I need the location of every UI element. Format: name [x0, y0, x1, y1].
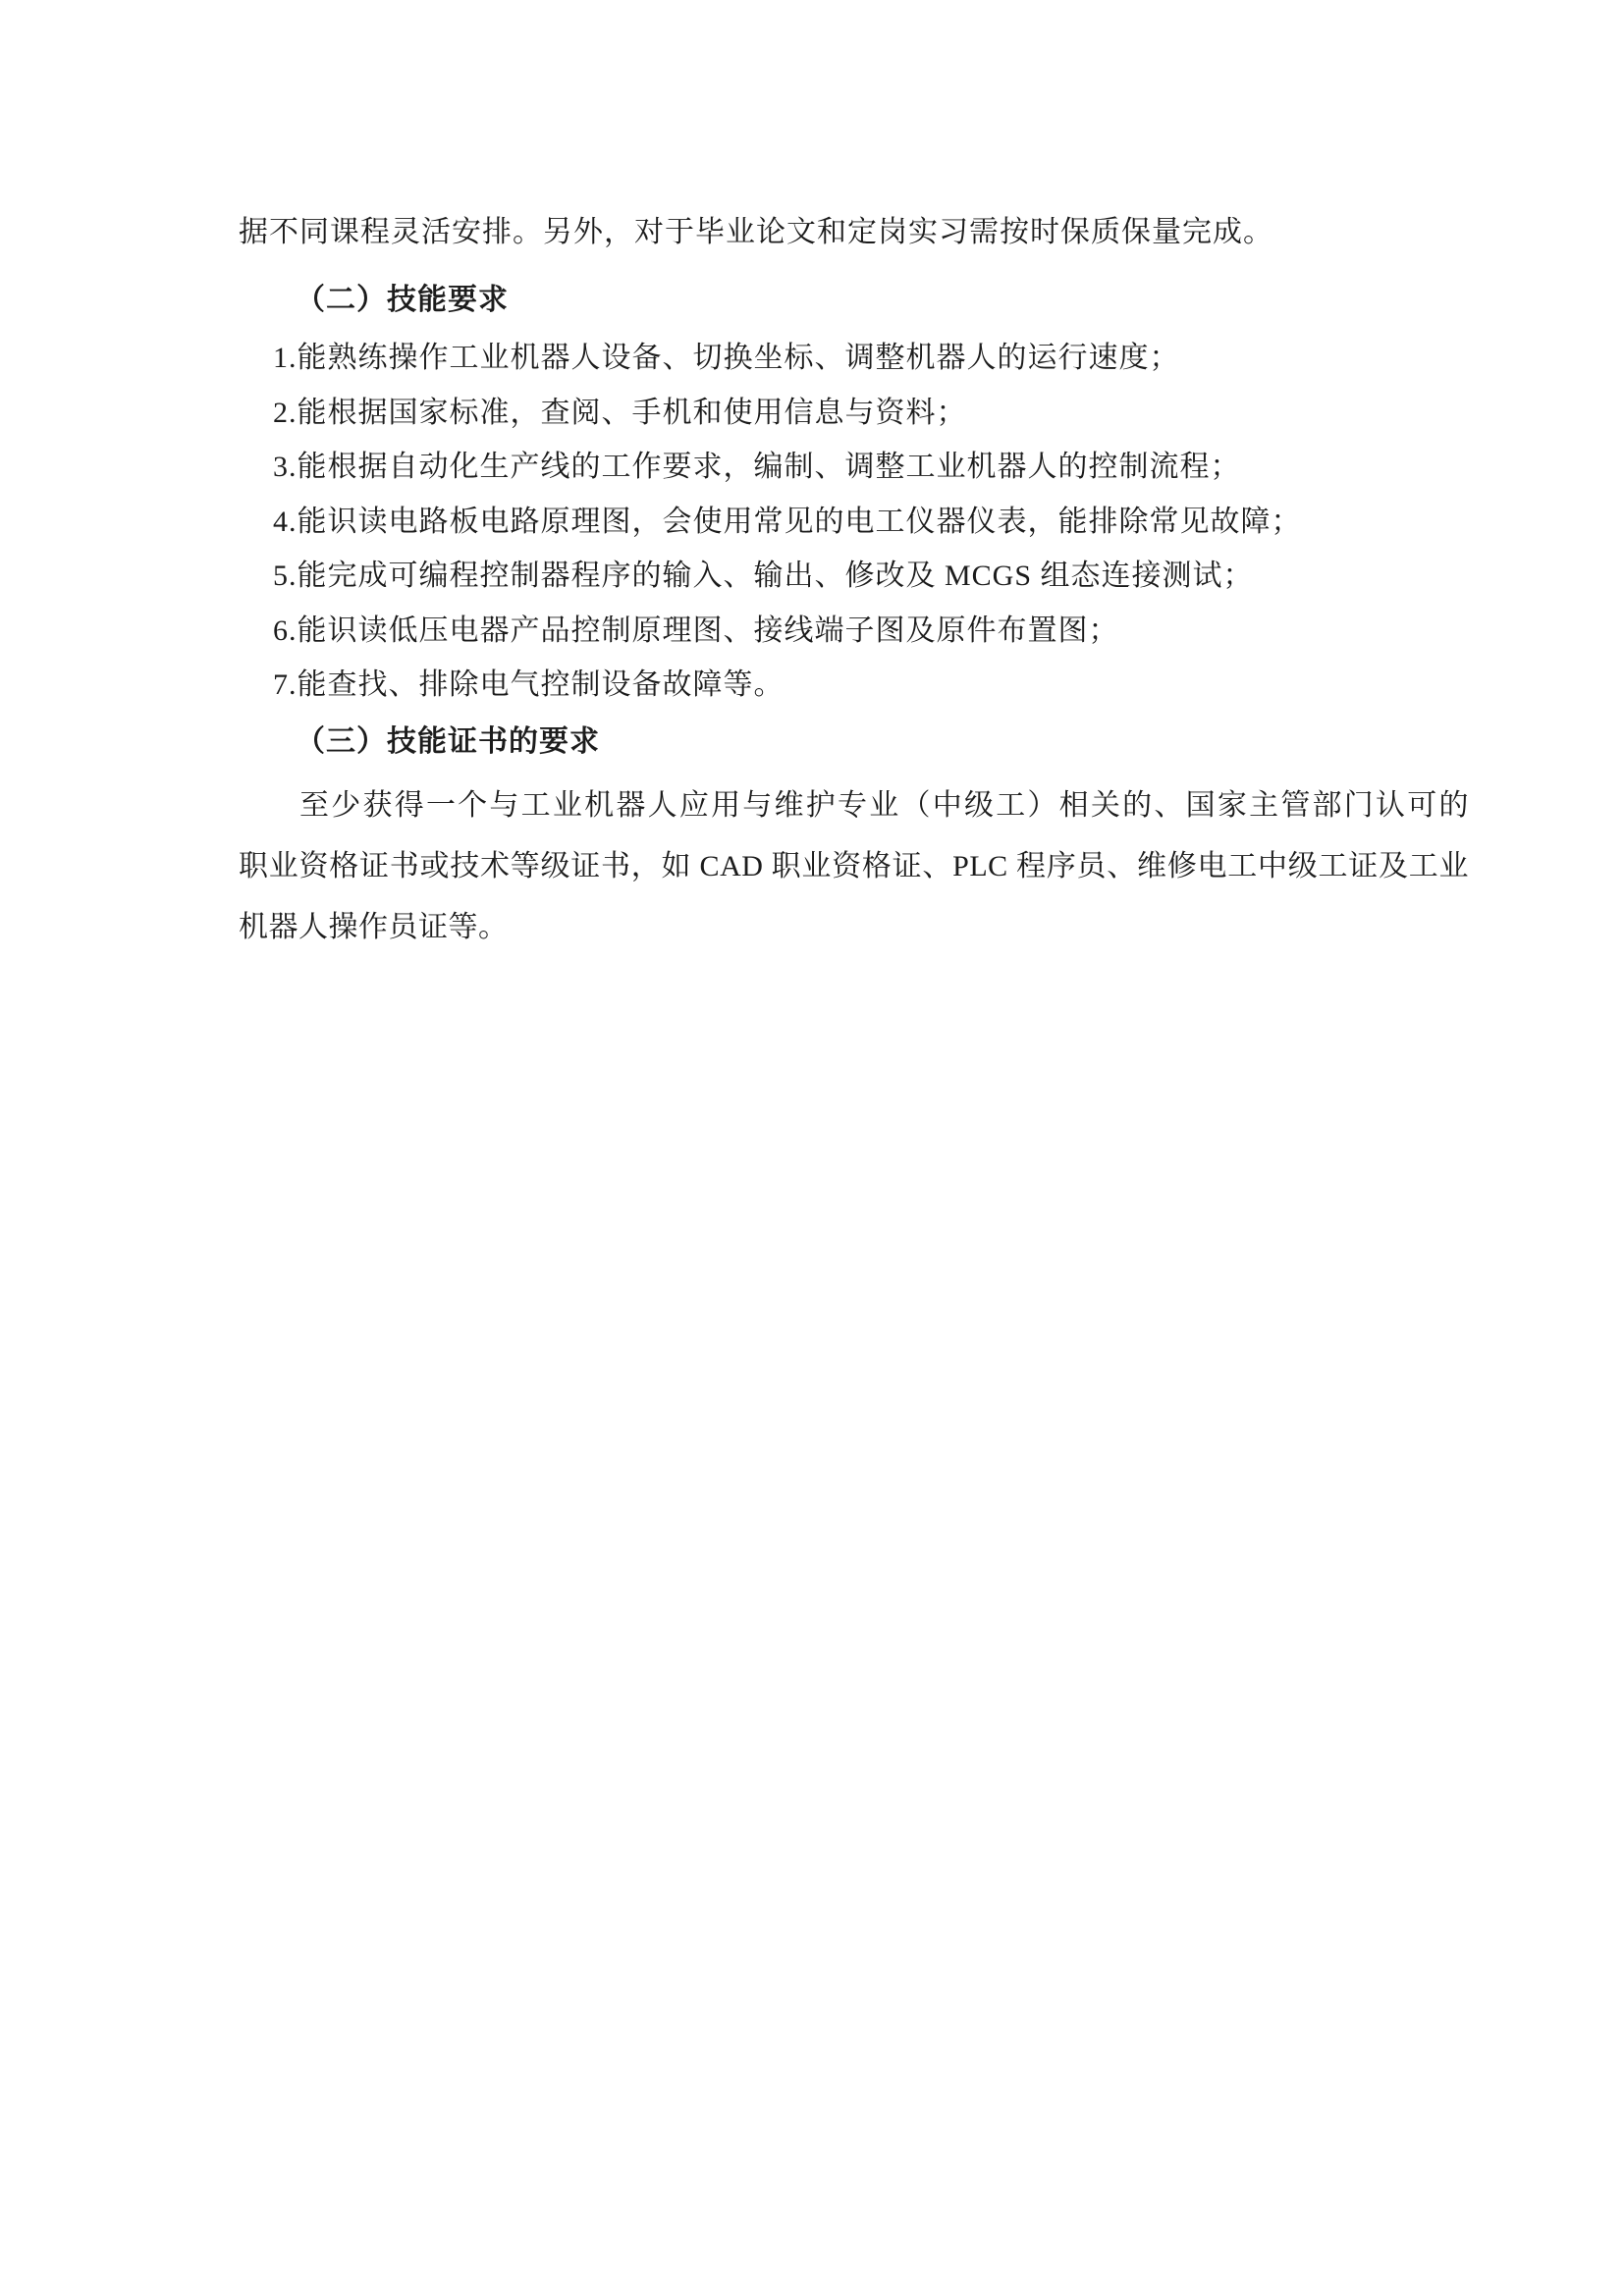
section-2-heading: （二）技能要求 — [239, 280, 1469, 321]
document-page: 据不同课程灵活安排。另外，对于毕业论文和定岗实习需按时保质保量完成。 （二）技能… — [0, 0, 1624, 2296]
skill-item-3: 3.能根据自动化生产线的工作要求，编制、调整工业机器人的控制流程； — [239, 440, 1469, 495]
certificate-paragraph: 至少获得一个与工业机器人应用与维护专业（中级工）相关的、国家主管部门认可的 职业… — [239, 775, 1469, 958]
certificate-paragraph-line-2: 职业资格证书或技术等级证书，如 CAD 职业资格证、PLC 程序员、维修电工中级… — [239, 836, 1469, 897]
skill-item-6: 6.能识读低压电器产品控制原理图、接线端子图及原件布置图； — [239, 604, 1469, 659]
skill-item-2: 2.能根据国家标准，查阅、手机和使用信息与资料； — [239, 386, 1469, 441]
skill-item-4: 4.能识读电路板电路原理图，会使用常见的电工仪器仪表，能排除常见故障； — [239, 495, 1469, 550]
skills-list: 1.能熟练操作工业机器人设备、切换坐标、调整机器人的运行速度； 2.能根据国家标… — [239, 331, 1469, 713]
section-3-heading: （三）技能证书的要求 — [239, 721, 1469, 763]
skill-item-1: 1.能熟练操作工业机器人设备、切换坐标、调整机器人的运行速度； — [239, 331, 1469, 386]
skill-item-7: 7.能查找、排除电气控制设备故障等。 — [239, 658, 1469, 713]
intro-paragraph: 据不同课程灵活安排。另外，对于毕业论文和定岗实习需按时保质保量完成。 — [239, 211, 1469, 254]
skill-item-5: 5.能完成可编程控制器程序的输入、输出、修改及 MCGS 组态连接测试； — [239, 549, 1469, 604]
certificate-paragraph-line-1: 至少获得一个与工业机器人应用与维护专业（中级工）相关的、国家主管部门认可的 — [239, 775, 1469, 836]
certificate-paragraph-line-3: 机器人操作员证等。 — [239, 897, 1469, 958]
